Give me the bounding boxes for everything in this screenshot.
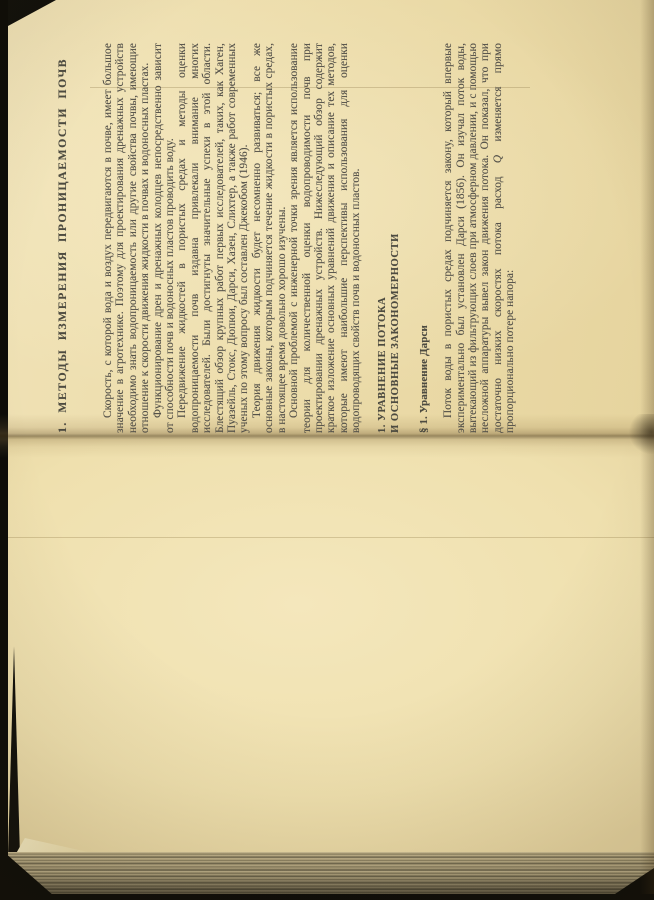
section-heading-line2: И ОСНОВНЫЕ ЗАКОНОМЕРНОСТИ xyxy=(390,233,401,433)
paragraph: Функционирование дрен и дренажных колодц… xyxy=(152,43,177,433)
paragraph: Основной проблемой с инженерной точки зр… xyxy=(288,43,362,433)
paragraph: Поток воды в пористых средах подчиняется… xyxy=(442,43,516,433)
paragraph: Скорость, с которой вода и воздух передв… xyxy=(102,43,152,433)
paragraph: Передвижение жидкостей в пористых средах… xyxy=(176,43,250,433)
page-text-rotated: 1. МЕТОДЫ ИЗМЕРЕНИЯ ПРОНИЦАЕМОСТИ ПОЧВ С… xyxy=(56,43,612,433)
section-heading-line1: 1. УРАВНЕНИЕ ПОТОКА xyxy=(377,297,388,433)
variable-q: Q xyxy=(492,155,504,163)
blank-facing-page xyxy=(8,436,654,856)
page-edges-stack xyxy=(8,852,654,894)
photo-scratch-line xyxy=(8,537,654,538)
subsection-heading: § 1. Уравнение Дарси xyxy=(418,43,430,433)
book-photo: 1. МЕТОДЫ ИЗМЕРЕНИЯ ПРОНИЦАЕМОСТИ ПОЧВ С… xyxy=(0,0,654,900)
paragraph: Теория движения жидкости будет несомненн… xyxy=(251,43,288,433)
page-corner-clip xyxy=(8,0,56,26)
chapter-title: 1. МЕТОДЫ ИЗМЕРЕНИЯ ПРОНИЦАЕМОСТИ ПОЧВ xyxy=(56,43,69,433)
section-heading: 1. УРАВНЕНИЕ ПОТОКАИ ОСНОВНЫЕ ЗАКОНОМЕРН… xyxy=(376,43,403,433)
